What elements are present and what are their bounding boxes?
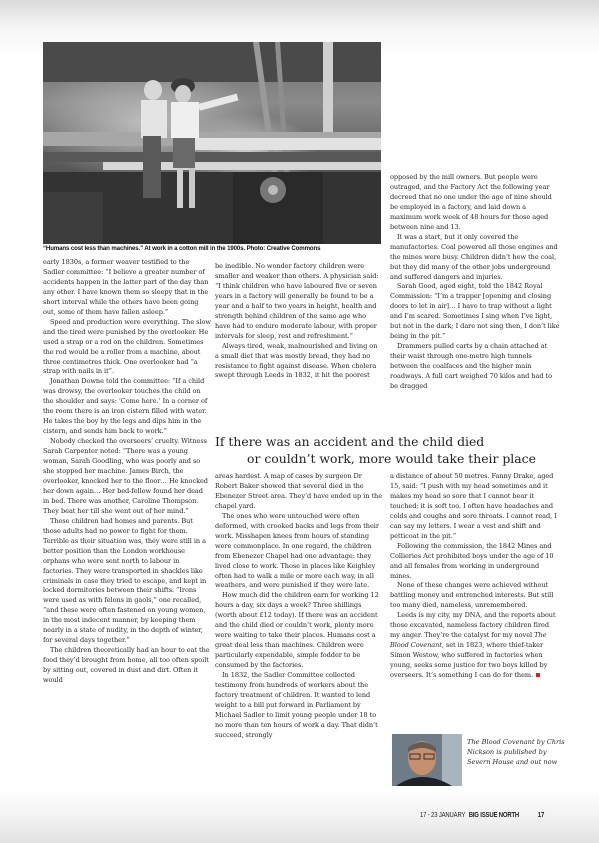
article-column-3-top: opposed by the mill owners. But people w… [390, 173, 560, 392]
paragraph: How much did the children earn for worki… [215, 591, 383, 671]
paragraph: These children had homes and parents. Bu… [43, 517, 211, 646]
paragraph: opposed by the mill owners. But people w… [390, 173, 560, 233]
book-credit: The Blood Covenant by Chris Nickson is p… [467, 737, 567, 767]
pull-quote-line-2: or couldn’t work, more would take their … [215, 450, 575, 467]
author-photo [392, 734, 462, 786]
paragraph: a distance of about 50 metres. Fanny Dra… [390, 472, 560, 542]
paragraph: Speed and production were everything. Th… [43, 318, 211, 378]
article-photo [43, 42, 381, 244]
paragraph: areas hardest. A map of cases by surgeon… [215, 472, 383, 512]
paragraph: early 1830s, a former weaver testified t… [43, 258, 211, 318]
pull-quote: If there was an accident and the child d… [215, 433, 575, 467]
paragraph: be inedible. No wonder factory children … [215, 262, 383, 342]
paragraph: Following the commission, the 1842 Mines… [390, 542, 560, 582]
paragraph: Drammers pulled carts by a chain attache… [390, 342, 560, 392]
paragraph: Jonathan Downe told the committee: “If a… [43, 377, 211, 437]
paragraph: Sarah Good, aged eight, told the 1842 Ro… [390, 282, 560, 342]
paragraph: Nobody checked the overseers’ cruelty. W… [43, 437, 211, 517]
issue-date: 17 - 23 JANUARY [420, 812, 465, 819]
magazine-name: BIG ISSUE NORTH [469, 812, 519, 819]
paragraph: In 1832, the Sadler Committee collected … [215, 671, 383, 741]
paragraph: None of these changes were achieved with… [390, 581, 560, 611]
paragraph: Always tired, weak, malnourished and liv… [215, 342, 383, 382]
final-paragraph: Leeds is my city, my DNA, and the report… [390, 611, 560, 681]
paragraph: It was a start, but it only covered the … [390, 233, 560, 283]
page-number: 17 [538, 812, 545, 819]
article-column-3-bottom: a distance of about 50 metres. Fanny Dra… [390, 472, 560, 681]
article-column-2-bottom: areas hardest. A map of cases by surgeon… [215, 472, 383, 741]
paragraph: The ones who were untouched were often d… [215, 512, 383, 592]
pull-quote-line-1: If there was an accident and the child d… [215, 434, 484, 449]
end-of-article-mark-icon [536, 673, 540, 677]
article-column-1: early 1830s, a former weaver testified t… [43, 258, 211, 686]
paragraph: The children theoretically had an hour t… [43, 646, 211, 686]
mill-scene-illustration [43, 42, 381, 244]
author-portrait-illustration [392, 734, 462, 786]
photo-caption: “Humans cost less than machines.” At wor… [43, 245, 359, 252]
page-footer: 17 - 23 JANUARYBIG ISSUE NORTH17 [420, 812, 544, 819]
article-column-2-top: be inedible. No wonder factory children … [215, 262, 383, 381]
